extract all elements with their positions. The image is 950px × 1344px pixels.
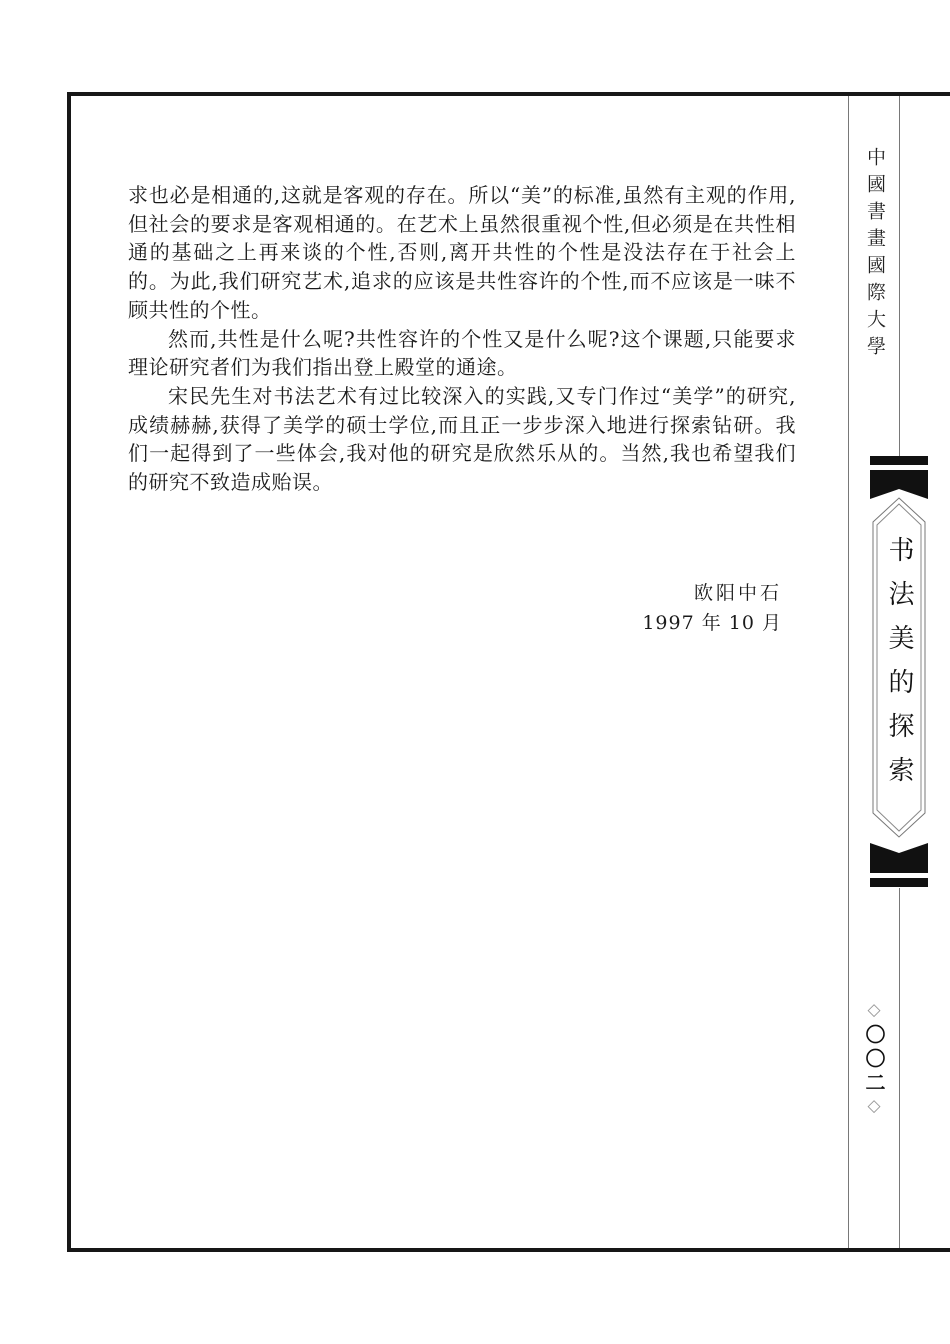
paragraph-2: 然而,共性是什么呢?共性容许的个性又是什么呢?这个课题,只能要求理论研究者们为我… <box>128 325 796 382</box>
paragraph-3: 宋民先生对书法艺术有过比较深入的实践,又专门作过“美学”的研究,成绩赫赫,获得了… <box>128 382 796 497</box>
page-number: 〇〇二 <box>862 1024 886 1096</box>
book-title-cartouche: 书法美的探索 <box>870 456 928 888</box>
sidebar-rule-left <box>848 96 849 1248</box>
book-page: 求也必是相通的,这就是客观的存在。所以“美”的标准,虽然有主观的作用,但社会的要… <box>0 0 950 1344</box>
signature-block: 欧阳中石 1997 年 10 月 <box>400 578 782 638</box>
institution-vertical-title: 中國書畫國際大學 <box>863 147 887 363</box>
diamond-ornament-bottom: ◇ <box>864 1096 884 1120</box>
page-number-block: ◇〇〇二◇ <box>862 1000 885 1120</box>
paragraph-1: 求也必是相通的,这就是客观的存在。所以“美”的标准,虽然有主观的作用,但社会的要… <box>128 181 796 325</box>
signature-date: 1997 年 10 月 <box>400 608 782 638</box>
book-title: 书法美的探索 <box>886 536 912 800</box>
author-signature: 欧阳中石 <box>400 578 782 608</box>
diamond-ornament-top: ◇ <box>864 1000 884 1024</box>
main-text: 求也必是相通的,这就是客观的存在。所以“美”的标准,虽然有主观的作用,但社会的要… <box>128 181 796 497</box>
